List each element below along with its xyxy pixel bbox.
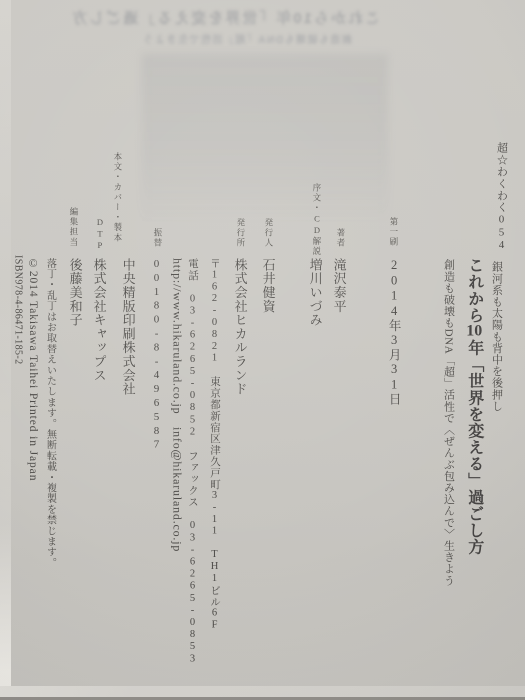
publisher-label: 発行所 — [236, 218, 245, 248]
preface-label: 序文・CD解説 — [312, 183, 321, 257]
preface-name: 増川いづみ — [308, 258, 322, 327]
issuer-name: 石井健資 — [261, 258, 275, 313]
edition-label: 第一刷 — [389, 217, 398, 247]
book-title-number: 10 — [466, 323, 483, 339]
editor-label: 編集担当 — [69, 207, 78, 247]
page-bottom-edge — [0, 686, 525, 697]
cover-subtitle: 創造も破壊もDNA「超」活性で〈ぜんぶ包み込んで〉生きよう — [442, 259, 454, 586]
website-url: http://www.hikaruland.co.jp — [171, 258, 185, 414]
notice-text: 落丁・乱丁はお取替えいたします。無断転載・複製を禁じます。 — [44, 258, 55, 568]
postal-label: 振替 — [153, 228, 162, 248]
page-left-edge — [0, 0, 11, 700]
book-title-post: 年「世界を変える」過ごし方 — [466, 339, 483, 555]
edition-date: 2014年3月31日 — [387, 258, 400, 407]
copyright-text: ©2014 Takisawa Taihei Printed in Japan — [27, 258, 39, 481]
publisher-phone: 電話 03-6265-0852 ファックス 03-6265-0853 — [187, 258, 198, 665]
showthrough-title-line: これから10年「世界を変える」過ごし方 — [80, 7, 380, 28]
cover-tagline: 銀河系も太陽も背中を後押し — [490, 261, 502, 412]
dtp-label: DTP — [95, 217, 104, 252]
book-title: これから10年「世界を変える」過ごし方 — [465, 257, 482, 555]
author-label: 著者 — [336, 228, 345, 248]
editor-name: 後藤美和子 — [68, 258, 82, 327]
publisher-address: 〒162-0821 東京都新宿区津久戸町3-11 TH1ビル6F — [209, 258, 220, 631]
dtp-company: 株式会社キャップス — [92, 258, 106, 382]
publisher-name: 株式会社ヒカルランド — [233, 258, 247, 396]
showthrough-subtitle-line: 創造も破壊もDNA「超」活性で生きよう — [112, 31, 352, 46]
publisher-web: http://www.hikaruland.co.jpinfo@hikarula… — [171, 258, 184, 553]
printing-label: 本文・カバー・製本 — [113, 152, 122, 243]
series-label: 超☆わくわく054 — [495, 142, 507, 252]
author-name: 滝沢泰平 — [332, 258, 346, 313]
isbn-text: ISBN978-4-86471-185-2 — [12, 255, 23, 365]
postal-account: 00180-8-496587 — [150, 258, 162, 453]
showthrough-image-box — [142, 54, 388, 222]
email-address: info@hikaruland.co.jp — [171, 427, 185, 552]
book-title-pre: これから — [466, 257, 483, 323]
printing-company: 中央精版印刷株式会社 — [121, 258, 135, 396]
book-colophon-page-photo: これから10年「世界を変える」過ごし方 創造も破壊もDNA「超」活性で生きよう … — [0, 0, 525, 700]
issuer-label: 発行人 — [264, 218, 273, 248]
